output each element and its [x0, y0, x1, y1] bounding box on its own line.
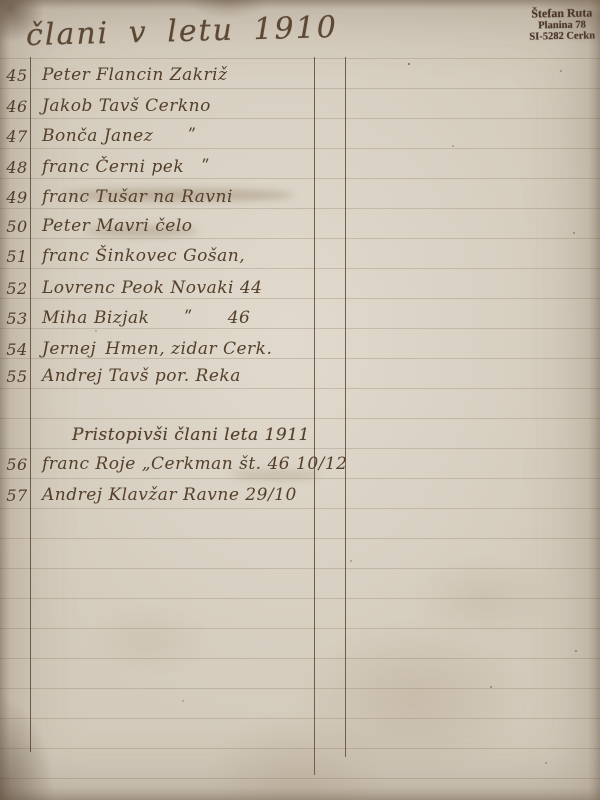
row-number: 47 — [4, 127, 30, 146]
row-text: franc Černi pek ʺ — [42, 157, 210, 177]
row-text: Jakob Tavš Cerkno — [42, 96, 211, 116]
row-number: 55 — [4, 367, 30, 386]
row-text: Peter Mavri čelo — [42, 216, 193, 236]
row-text: Andrej Tavš por. Reka — [42, 366, 241, 386]
row-number: 51 — [4, 247, 30, 266]
row-number: 46 — [4, 97, 30, 116]
member-row: 50 Peter Mavri čelo — [0, 215, 600, 243]
row-text: Andrej Klavžar Ravne 29/10 — [42, 485, 297, 505]
member-row: 56 franc Roje „Cerkman št. 46 10/12 — [0, 453, 600, 481]
member-row: 51 franc Šinkovec Gošan, — [0, 245, 600, 273]
section-heading-1911: Pristopivši člani leta 1911 — [72, 425, 310, 445]
row-number: 48 — [4, 158, 30, 177]
member-row: 53 Miha Bizjak ʺ 46 — [0, 307, 600, 335]
row-text: Miha Bizjak ʺ 46 — [42, 308, 250, 328]
row-number: 49 — [4, 188, 30, 207]
member-row: 48 franc Černi pek ʺ — [0, 156, 600, 184]
row-text: Lovrenc Peok Novaki 44 — [42, 278, 263, 298]
ownership-stamp: Štefan Ruta Planina 78 SI-5282 Cerkn — [506, 7, 600, 43]
scanned-ledger-page: člani v letu 1910 Štefan Ruta Planina 78… — [0, 0, 600, 800]
row-number: 54 — [4, 340, 30, 359]
row-number: 57 — [4, 486, 30, 505]
row-text: Peter Flancin Zakriž — [42, 65, 228, 85]
row-number: 56 — [4, 455, 30, 474]
row-text: franc Roje „Cerkman št. 46 10/12 — [42, 454, 348, 474]
stamp-name: Štefan Ruta — [506, 7, 600, 20]
member-row: 55 Andrej Tavš por. Reka — [0, 365, 600, 393]
row-number: 53 — [4, 309, 30, 328]
row-number: 52 — [4, 279, 30, 298]
member-row: 47 Bonča Janez ʺ — [0, 125, 600, 153]
member-row: 49 franc Tušar na Ravni — [0, 186, 600, 214]
paper-specks — [0, 0, 2, 2]
row-text: Jernej Hmen, zidar Cerk. — [42, 339, 272, 359]
member-row: 52 Lovrenc Peok Novaki 44 — [0, 277, 600, 305]
row-text: franc Šinkovec Gošan, — [42, 246, 245, 266]
row-text: Bonča Janez ʺ — [42, 126, 196, 146]
row-text: franc Tušar na Ravni — [42, 187, 233, 207]
member-row: 54 Jernej Hmen, zidar Cerk. — [0, 338, 600, 366]
member-row: 46 Jakob Tavš Cerkno — [0, 95, 600, 123]
row-number: 45 — [4, 66, 30, 85]
row-number: 50 — [4, 217, 30, 236]
member-row: 45 Peter Flancin Zakriž — [0, 64, 600, 92]
member-row: 57 Andrej Klavžar Ravne 29/10 — [0, 484, 600, 512]
page-title: člani v letu 1910 — [26, 10, 339, 53]
stamp-postcode: SI-5282 Cerkn — [506, 30, 600, 43]
